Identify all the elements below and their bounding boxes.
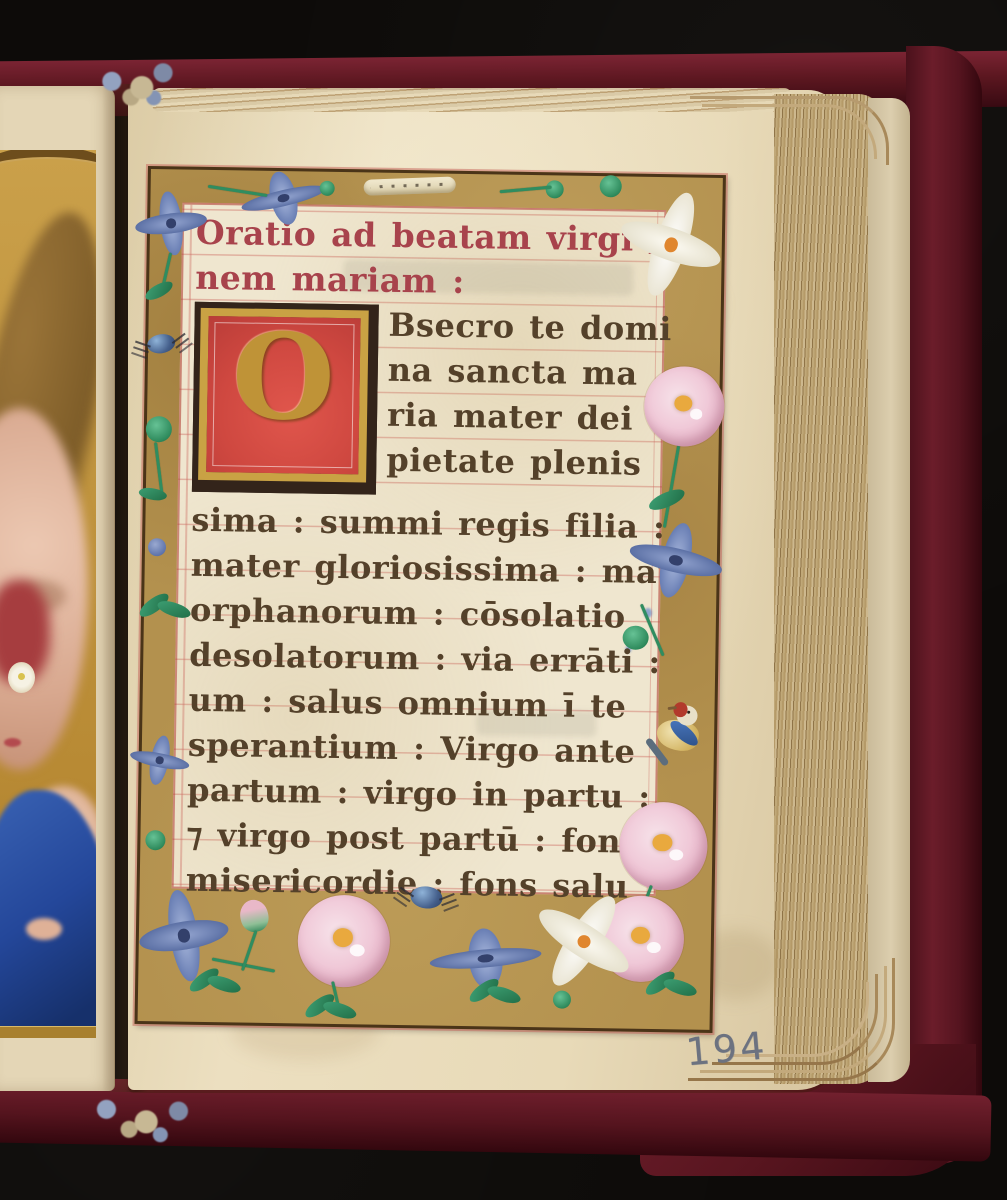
body-line: desolatorum : via errāti : — [189, 633, 646, 685]
flower-center — [574, 932, 593, 951]
leather-cover-right-edge — [906, 46, 982, 1164]
photo-stage: Oratio ad beatam virgi / nem mariam : O … — [0, 0, 1007, 1200]
body-line: partum : virgo in partu : — [187, 768, 644, 820]
flower-center — [477, 953, 494, 963]
rubric-line: nem mariam : — [195, 255, 652, 307]
body-line: sperantium : Virgo ante — [188, 723, 645, 775]
flower-center — [165, 218, 176, 228]
green-leaves — [187, 973, 243, 1002]
illuminated-initial-O: O — [192, 302, 379, 495]
green-leaves — [643, 976, 703, 1007]
page-edge-curl — [702, 104, 877, 159]
initial-letter: O — [199, 310, 369, 445]
text-panel: Oratio ad beatam virgi / nem mariam : O … — [172, 203, 667, 897]
facing-page — [0, 86, 115, 1091]
green-leaves — [137, 598, 191, 627]
body-line: ria mater dei — [387, 393, 671, 442]
flower-center — [155, 756, 165, 765]
christ-child-foot — [26, 918, 62, 940]
virgin-and-child-miniature — [0, 150, 96, 1038]
text-beside-initial: Bsecro te domi na sancta ma ria mater de… — [386, 303, 672, 505]
miniature-bottom-frame — [0, 1026, 96, 1038]
green-leaves — [303, 999, 363, 1028]
page-number: 194 — [684, 1022, 788, 1083]
caterpillar-insect — [363, 176, 456, 195]
body-line: mater gloriosissima : mat — [190, 543, 647, 595]
body-line: um : salus omnium ī te — [188, 678, 645, 730]
flower-center — [177, 928, 192, 943]
madonna-blue-robe — [0, 790, 96, 1038]
madonna-lips — [4, 738, 21, 747]
body-line: orphanorum : cōsolatio — [190, 588, 647, 640]
body-line: ⁊ virgo post partū : fons — [186, 813, 643, 865]
prayer-text: Oratio ad beatam virgi / nem mariam : O … — [185, 210, 652, 910]
flower-center — [277, 193, 291, 203]
decorated-folio: Oratio ad beatam virgi / nem mariam : O … — [135, 166, 726, 1033]
body-line: Bsecro te domi — [388, 303, 672, 352]
flower-center — [668, 554, 684, 568]
initial-row: O Bsecro te domi na sancta ma ria mater … — [192, 300, 651, 505]
outer-leaf-edge — [868, 98, 910, 1082]
body-line: pietate plenis — [386, 438, 670, 487]
green-leaves — [467, 983, 525, 1012]
body-line: na sancta ma — [387, 348, 671, 397]
body-line: sima : summi regis filia : — [191, 498, 648, 550]
flower-center — [662, 236, 680, 254]
blue-columbine-flower — [136, 191, 207, 256]
white-flower-detail — [8, 662, 35, 693]
miniature-arch-frame — [0, 150, 96, 207]
